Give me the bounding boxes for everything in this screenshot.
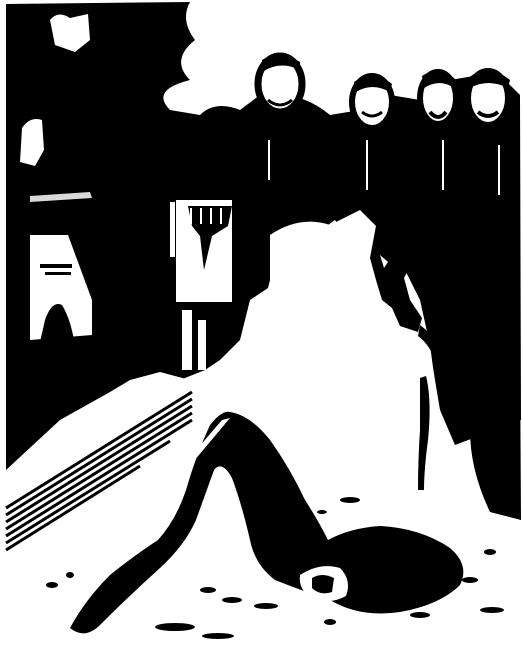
illustration (0, 0, 523, 645)
